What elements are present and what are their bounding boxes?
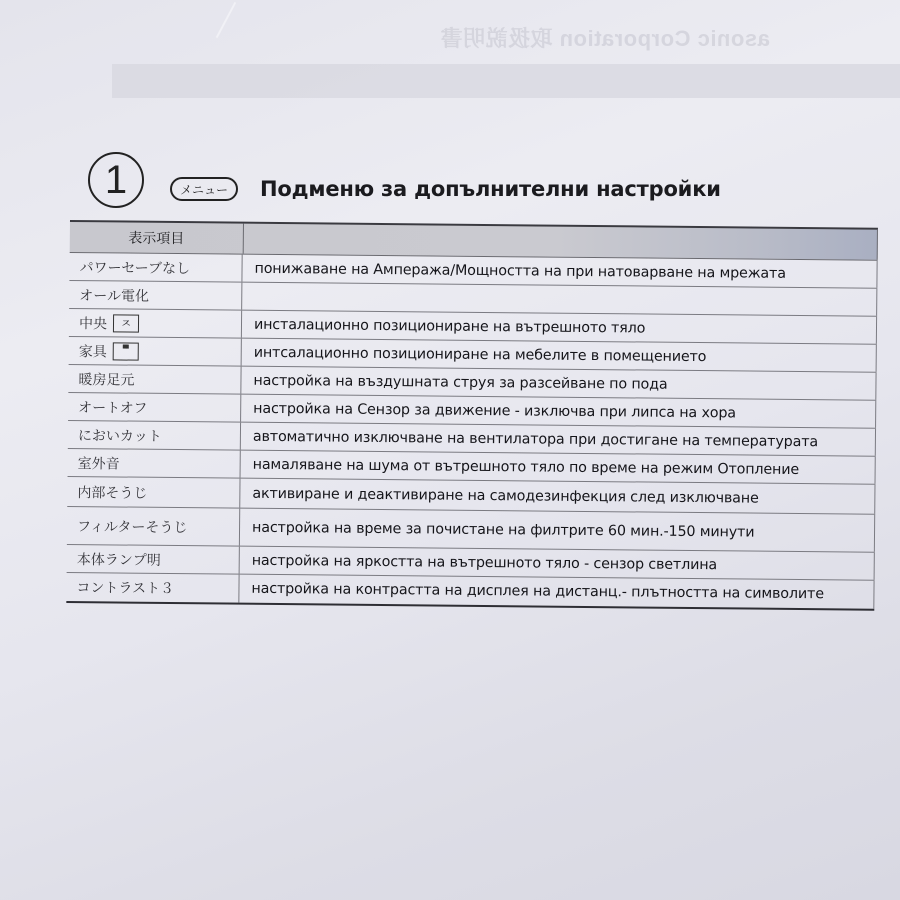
page-title: Подменю за допълнителни настройки bbox=[260, 177, 721, 201]
row-item-label: 中央 bbox=[79, 313, 107, 333]
bleed-through-bar bbox=[112, 64, 900, 98]
paper-crease bbox=[216, 2, 237, 38]
row-item-label: 本体ランプ明 bbox=[67, 545, 240, 574]
row-description: настройка на контрастта на дисплея на ди… bbox=[239, 575, 874, 609]
menu-button-icon: メニュー bbox=[170, 177, 238, 201]
section-heading: 1 メニュー Подменю за допълнителни настройки bbox=[88, 148, 868, 212]
center-position-icon: ㅈ bbox=[113, 314, 139, 332]
row-item-label: オール電化 bbox=[69, 281, 242, 310]
row-item-label: 暖房足元 bbox=[68, 365, 241, 394]
row-description: активиране и деактивиране на самодезинфе… bbox=[240, 479, 875, 514]
bleed-through-header: asonic Corporation 取扱説明書 bbox=[440, 22, 770, 53]
row-description: настройка на време за почистане на филтр… bbox=[240, 509, 875, 552]
row-item-label: コントラスト３ bbox=[66, 573, 239, 603]
section-number-badge: 1 bbox=[88, 152, 144, 208]
row-item-label: パワーセーブなし bbox=[69, 253, 242, 282]
column-header-description bbox=[244, 224, 878, 260]
table-row: コントラスト３ настройка на контрастта на диспл… bbox=[66, 573, 874, 611]
row-item-label: 家具 bbox=[79, 341, 107, 361]
furniture-position-icon bbox=[113, 342, 139, 360]
settings-table: 表示項目 パワーセーブなし понижаване на Ампеража/Мощ… bbox=[66, 220, 878, 611]
row-item-cell: 中央 ㅈ bbox=[69, 309, 242, 338]
row-item-label: オートオフ bbox=[68, 393, 241, 422]
row-item-label: においカット bbox=[68, 421, 241, 450]
row-item-cell: 家具 bbox=[69, 337, 242, 366]
column-header-display-item: 表示項目 bbox=[70, 222, 244, 254]
row-item-label: 室外音 bbox=[68, 449, 241, 478]
row-item-label: 内部そうじ bbox=[67, 477, 240, 508]
row-item-label: フィルターそうじ bbox=[67, 507, 240, 546]
